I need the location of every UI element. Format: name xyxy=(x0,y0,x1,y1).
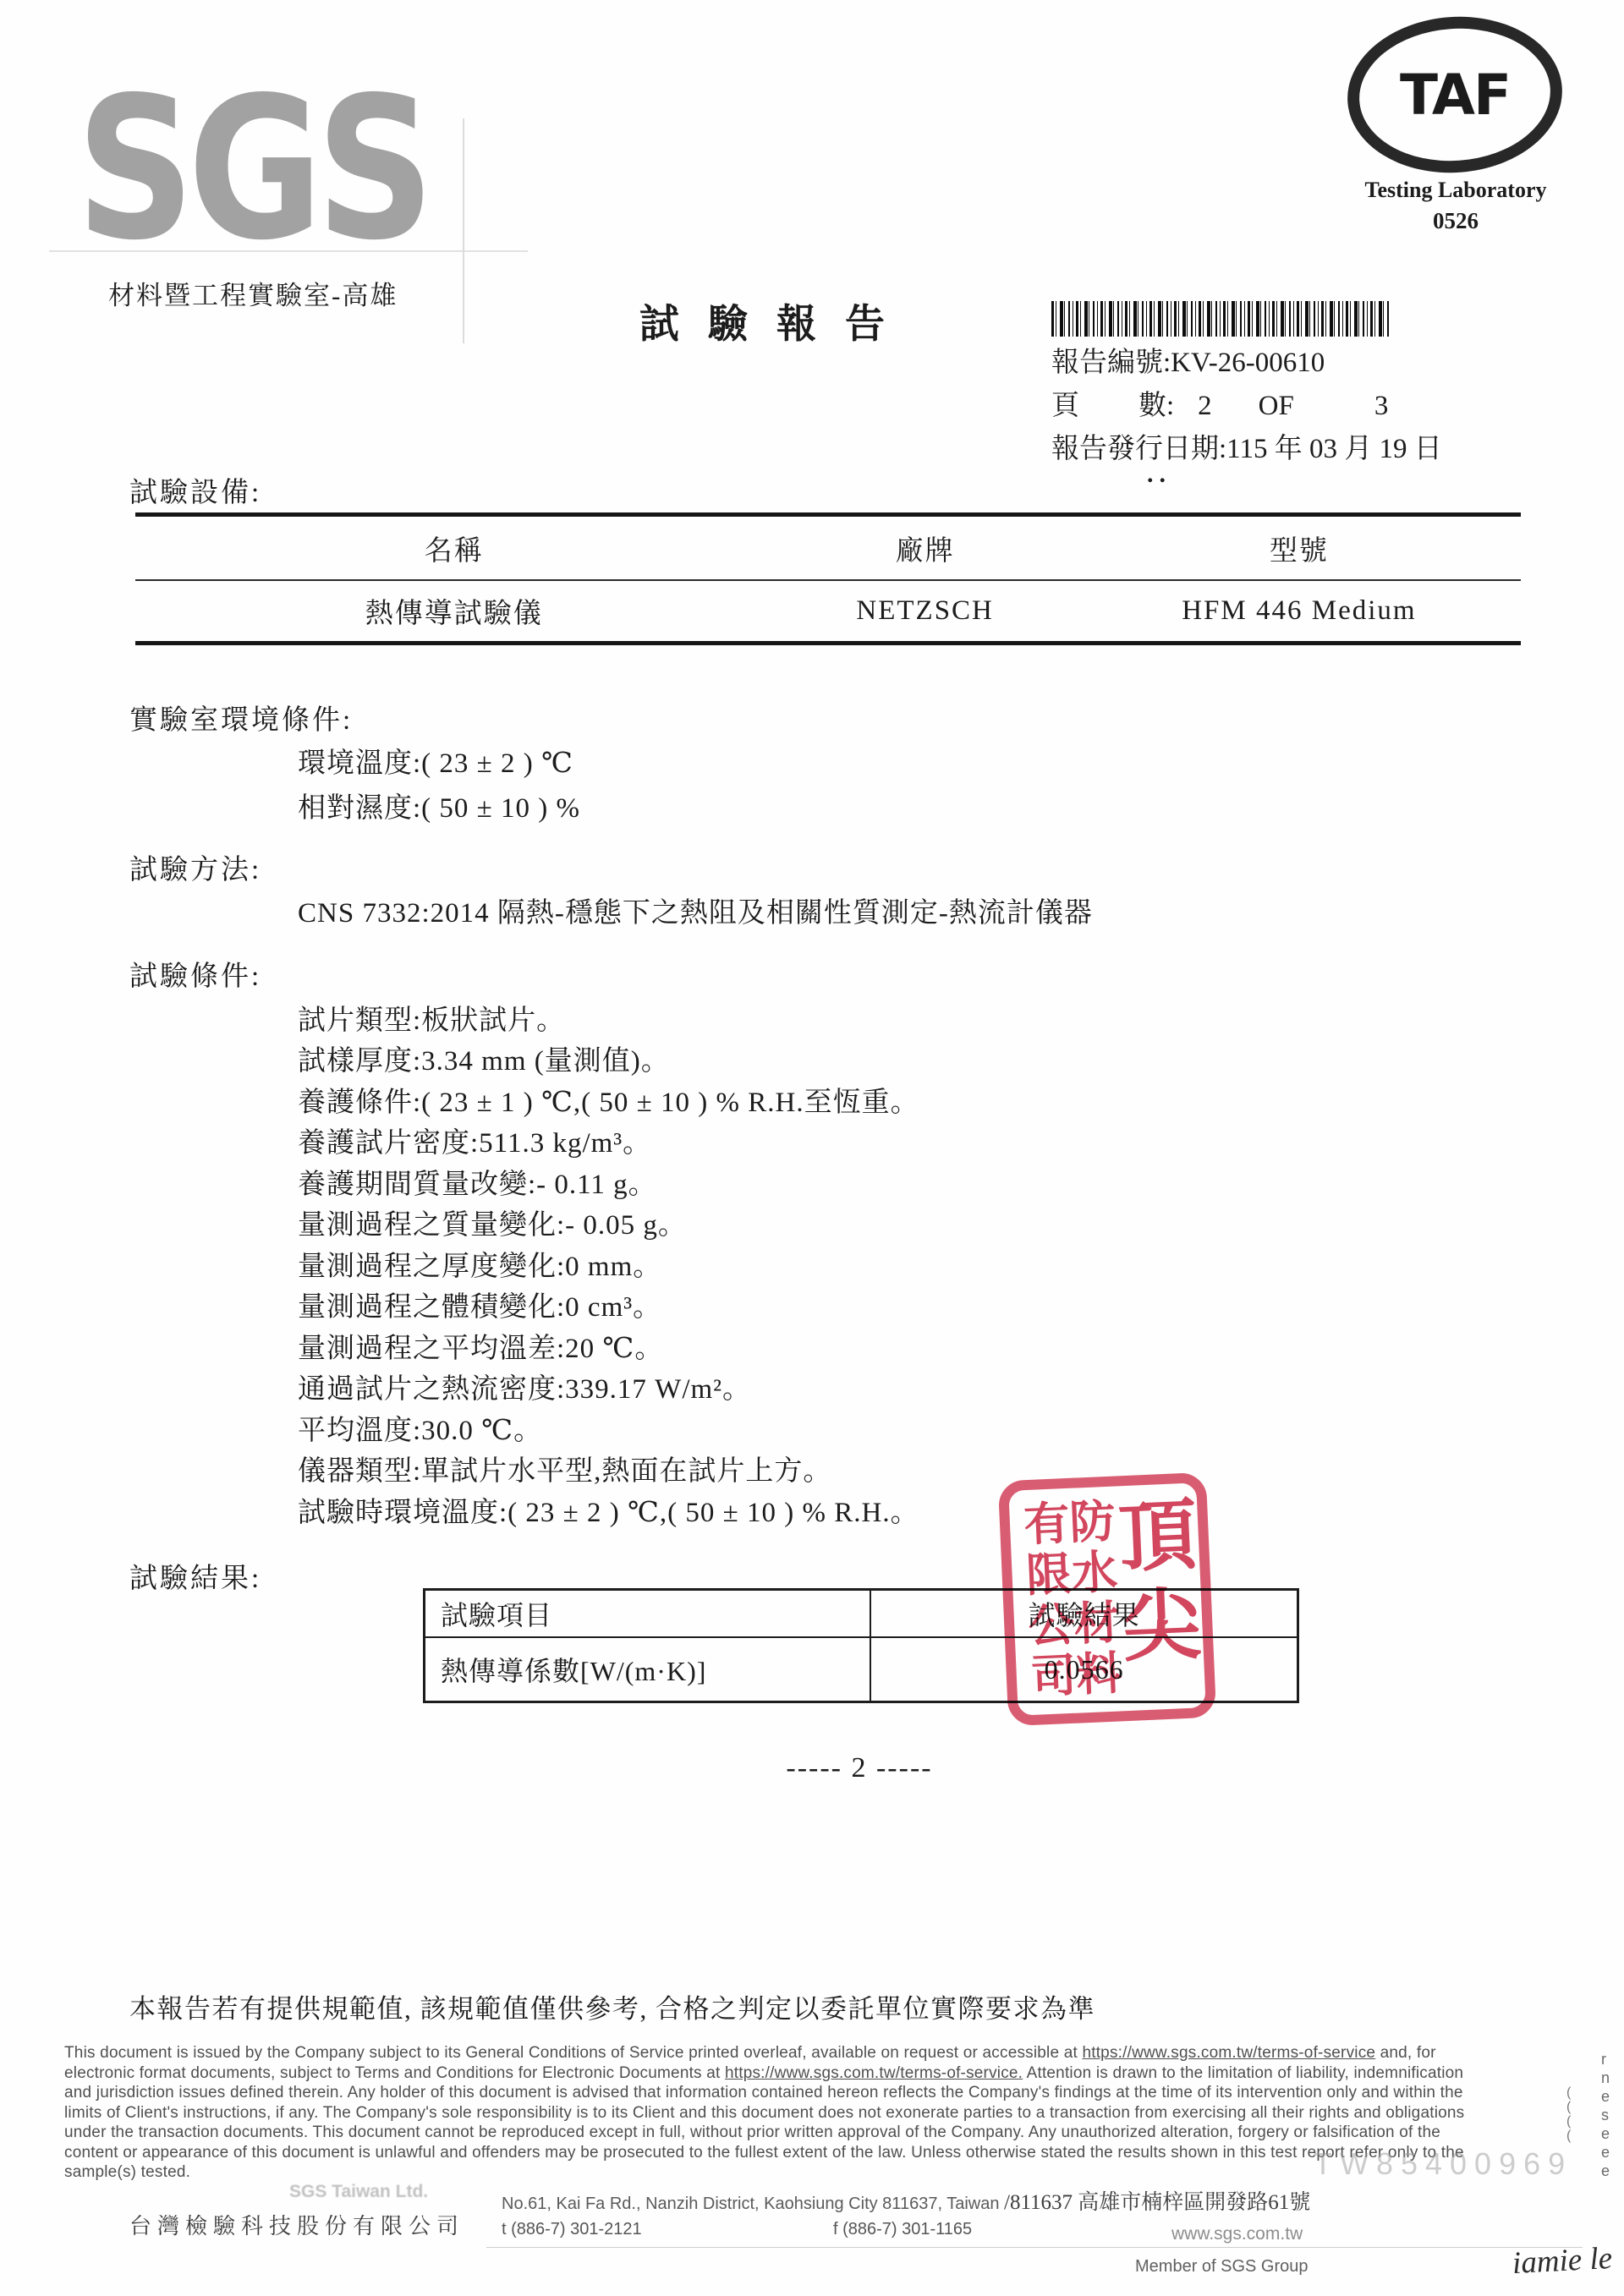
disclaimer-line: and jurisdiction issues defined therein.… xyxy=(64,2083,1612,2103)
environment-temperature: 環境溫度:( 23 ± 2 ) ℃ xyxy=(298,741,573,781)
report-number-line: 報告編號:KV-26-00610 xyxy=(1051,340,1325,380)
scan-artifact-line-horizontal xyxy=(49,250,528,252)
pages-label-1: 頁 xyxy=(1051,391,1079,421)
taf-accreditation-number: 0526 xyxy=(1343,208,1568,234)
report-number-value: KV-26-00610 xyxy=(1171,348,1325,378)
disclaimer-line: This document is issued by the Company s… xyxy=(64,2043,1612,2063)
pages-label-2: 數: xyxy=(1138,391,1174,421)
condition-item: 養護條件:( 23 ± 1 ) ℃,( 50 ± 10 ) % R.H.至恆重。 xyxy=(298,1080,919,1120)
terms-of-service-link: https://www.sgs.com.tw/terms-of-service. xyxy=(725,2064,1023,2082)
condition-item: 量測過程之體積變化:0 cm³。 xyxy=(298,1285,661,1324)
scan-artifact-marks: ( ( ( ( xyxy=(1566,2085,1577,2143)
page-current: 2 xyxy=(1198,391,1212,421)
condition-item: 試樣厚度:3.34 mm (量測值)。 xyxy=(298,1038,670,1078)
taf-acronym: TAF xyxy=(1400,63,1510,128)
condition-item: 量測過程之質量變化:- 0.05 g。 xyxy=(298,1203,687,1242)
taf-logo: TAF xyxy=(1342,9,1567,179)
footer-website: www.sgs.com.tw xyxy=(1171,2224,1303,2244)
footer-divider xyxy=(486,2247,1583,2248)
test-report-page: SGS 材料暨工程實驗室-高雄 試驗報告 TAF Testing Laborat… xyxy=(0,0,1624,2296)
footer-address-en: No.61, Kai Fa Rd., Nanzih District, Kaoh… xyxy=(502,2195,1004,2213)
scan-artifact-dots: .. xyxy=(1147,460,1171,489)
taf-label: Testing Laboratory xyxy=(1343,178,1568,203)
equipment-col-brand: 廠牌 xyxy=(772,529,1077,568)
equipment-table-header: 名稱 廠牌 型號 xyxy=(135,517,1521,581)
environment-humidity: 相對濕度:( 50 ± 10 ) % xyxy=(298,786,580,825)
issue-date-label: 報告發行日期: xyxy=(1051,434,1226,464)
scan-artifact-line-vertical xyxy=(463,118,464,343)
handwritten-annotation: iamie le xyxy=(1512,2240,1613,2282)
footer-company-zh: 台灣檢驗科技股份有限公司 xyxy=(129,2209,464,2240)
equipment-table-row: 熱傳導試驗儀 NETZSCH HFM 446 Medium xyxy=(135,581,1521,645)
footer-company-en: SGS Taiwan Ltd. xyxy=(289,2182,428,2202)
disclaimer-line: limits of Client's instructions, if any.… xyxy=(64,2103,1612,2123)
terms-of-service-link: https://www.sgs.com.tw/terms-of-service xyxy=(1082,2044,1375,2062)
sgs-logo: SGS xyxy=(76,71,427,267)
report-barcode xyxy=(1051,301,1390,337)
page-total: 3 xyxy=(1374,391,1389,421)
condition-item: 試片類型:板狀試片。 xyxy=(298,998,565,1038)
condition-item: 量測過程之平均溫差:20 ℃。 xyxy=(298,1326,663,1366)
issue-date-line: 報告發行日期:115 年 03 月 19 日 xyxy=(1051,426,1442,466)
results-col-item: 試驗項目 xyxy=(425,1591,870,1636)
condition-item: 儀器類型:單試片水平型,熱面在試片上方。 xyxy=(298,1449,831,1488)
disclaimer-line: under the transaction documents. This do… xyxy=(64,2123,1612,2143)
pages-of: OF xyxy=(1259,391,1294,421)
equipment-brand: NETZSCH xyxy=(772,595,1077,627)
page-count-line: 頁數:2OF3 xyxy=(1051,383,1388,423)
section-environment-label: 實驗室環境條件: xyxy=(129,698,353,737)
condition-item: 試驗時環境溫度:( 23 ± 2 ) ℃,( 50 ± 10 ) % R.H.。 xyxy=(298,1490,919,1530)
watermark-code: TW85400969 xyxy=(1314,2146,1572,2182)
footer-address: No.61, Kai Fa Rd., Nanzih District, Kaoh… xyxy=(502,2185,1310,2216)
report-note: 本報告若有提供規範值, 該規範值僅供參考, 合格之判定以委託單位實際要求為準 xyxy=(129,1987,1095,2025)
section-method-label: 試驗方法: xyxy=(129,847,261,887)
company-seal-stamp: 有限公司 防水材料 頂尖 xyxy=(998,1472,1216,1726)
equipment-name: 熱傳導試驗儀 xyxy=(135,591,772,631)
issue-date-value: 115 年 03 月 19 日 xyxy=(1226,434,1442,464)
condition-item: 養護試片密度:511.3 kg/m³。 xyxy=(298,1121,651,1160)
footer-fax: f (886-7) 301-1165 xyxy=(833,2220,972,2239)
page-number-marker: ----- 2 ----- xyxy=(606,1752,1113,1784)
condition-item: 平均溫度:30.0 ℃。 xyxy=(298,1408,542,1448)
section-conditions-label: 試驗條件: xyxy=(129,954,261,994)
section-equipment-label: 試驗設備: xyxy=(129,470,261,510)
disclaimer-line: electronic format documents, subject to … xyxy=(64,2063,1612,2084)
report-number-label: 報告編號: xyxy=(1051,348,1171,378)
stamp-column-right: 頂尖 xyxy=(1111,1493,1197,1701)
method-standard: CNS 7332:2014 隔熱-穩態下之熱阻及相關性質測定-熱流計儀器 xyxy=(298,890,1093,930)
lab-name: 材料暨工程實驗室-高雄 xyxy=(108,274,398,312)
scan-artifact-clipped-letters: r n e s e e e xyxy=(1601,2050,1613,2180)
footer-telephone: t (886-7) 301-2121 xyxy=(502,2220,642,2239)
page-title: 試驗報告 xyxy=(639,293,913,349)
footer-address-zh: /811637 高雄市楠梓區開發路61號 xyxy=(1004,2191,1310,2214)
equipment-col-name: 名稱 xyxy=(135,529,772,568)
condition-item: 通過試片之熱流密度:339.17 W/m²。 xyxy=(298,1367,751,1406)
equipment-table: 名稱 廠牌 型號 熱傳導試驗儀 NETZSCH HFM 446 Medium xyxy=(135,512,1521,645)
section-results-label: 試驗結果: xyxy=(129,1556,261,1596)
footer-member-of-sgs: Member of SGS Group xyxy=(1135,2257,1309,2277)
result-item-name: 熱傳導係數[W/(m·K)] xyxy=(425,1638,870,1701)
condition-item: 量測過程之厚度變化:0 mm。 xyxy=(298,1244,661,1284)
equipment-model: HFM 446 Medium xyxy=(1078,595,1521,627)
condition-item: 養護期間質量改變:- 0.11 g。 xyxy=(298,1162,657,1202)
equipment-col-model: 型號 xyxy=(1078,529,1521,568)
